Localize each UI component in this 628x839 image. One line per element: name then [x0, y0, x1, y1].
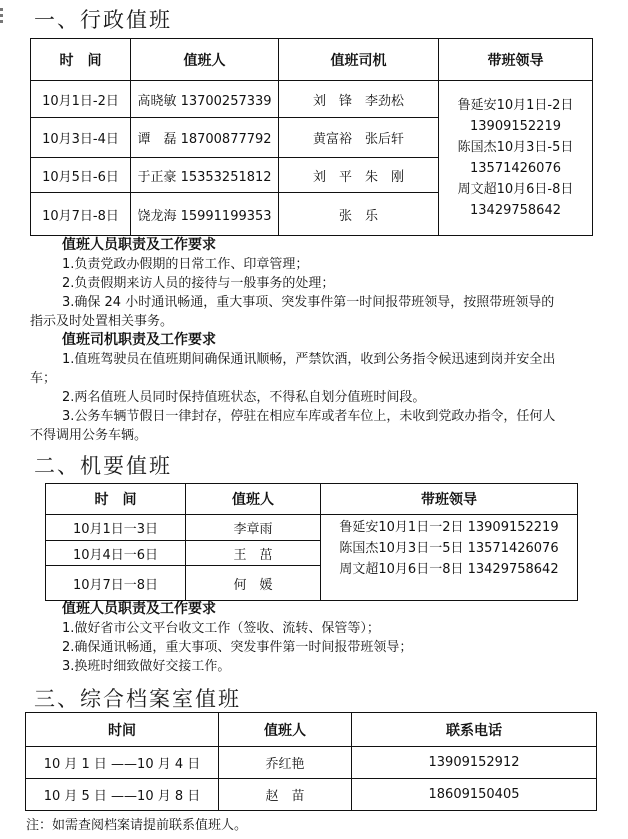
table-header-row: 时 间 值班人 带班领导	[46, 484, 578, 515]
cell-person: 高晓敏 13700257339	[131, 81, 279, 118]
confidential-duties: 值班人员职责及工作要求 1.做好省市公文平台收文工作（签收、流转、保管等）； 2…	[30, 600, 600, 676]
cell-time: 10 月 1 日 ——10 月 4 日	[26, 747, 219, 779]
cell-time: 10月1日一3日	[46, 515, 186, 541]
header-person: 值班人	[131, 39, 279, 81]
leader-2-name: 陈国杰10月3日-5日	[439, 137, 592, 158]
duty-2: 2.确保通讯畅通，重大事项、突发事件第一时间报带班领导；	[30, 638, 600, 657]
driver-duty-1-cont: 车；	[30, 369, 600, 388]
cell-drivers: 刘 平 朱 刚	[279, 158, 439, 193]
section-title-admin: 一、行政值班	[34, 4, 172, 34]
table-header-row: 时间 值班人 联系电话	[26, 713, 597, 747]
cell-leaders: 鲁延安10月1日-2日 13909152219 陈国杰10月3日-5日 1357…	[439, 81, 593, 236]
cell-phone: 13909152912	[352, 747, 597, 779]
leader-1-phone: 13909152219	[439, 116, 592, 137]
driver-duty-1: 1.值班驾驶员在值班期间确保通讯顺畅，严禁饮酒，收到公务指令候迅速到岗并安全出	[30, 350, 600, 369]
duties-title: 值班人员职责及工作要求	[30, 600, 600, 619]
driver-duty-2: 2.两名值班人员同时保持值班状态，不得私自划分值班时间段。	[30, 388, 600, 407]
cell-leaders: 鲁延安10月1日一2日 13909152219 陈国杰10月3日一5日 1357…	[321, 515, 578, 601]
cell-person: 饶龙海 15991199353	[131, 193, 279, 236]
table-row: 10月1日一3日 李章雨 鲁延安10月1日一2日 13909152219 陈国杰…	[46, 515, 578, 541]
cell-person: 赵 苗	[219, 779, 352, 811]
admin-duty-table: 时 间 值班人 值班司机 带班领导 10月1日-2日 高晓敏 137002573…	[30, 38, 593, 236]
leader-3-phone: 13429758642	[439, 200, 592, 221]
cell-time: 10月7日一8日	[46, 566, 186, 601]
cell-person: 乔红艳	[219, 747, 352, 779]
leader-2: 陈国杰10月3日一5日 13571426076	[321, 538, 577, 559]
staff-duty-1: 1.负责党政办假期的日常工作、印章管理；	[30, 255, 600, 274]
header-person: 值班人	[219, 713, 352, 747]
cell-person: 谭 磊 18700877792	[131, 118, 279, 158]
header-time: 时 间	[46, 484, 186, 515]
leader-1: 鲁延安10月1日一2日 13909152219	[321, 517, 577, 538]
archive-note: 注：如需查阅档案请提前联系值班人。	[26, 814, 247, 833]
leader-3: 周文超10月6日一8日 13429758642	[321, 559, 577, 580]
staff-duty-3-cont: 指示及时处置相关事务。	[30, 312, 600, 331]
staff-duties-title: 值班人员职责及工作要求	[30, 236, 600, 255]
section-title-archive: 三、综合档案室值班	[34, 683, 241, 713]
table-header-row: 时 间 值班人 值班司机 带班领导	[31, 39, 593, 81]
header-leader: 带班领导	[321, 484, 578, 515]
cell-person: 于正豪 15353251812	[131, 158, 279, 193]
driver-duty-3-cont: 不得调用公务车辆。	[30, 426, 600, 445]
leader-1-name: 鲁延安10月1日-2日	[439, 95, 592, 116]
duty-3: 3.换班时细致做好交接工作。	[30, 657, 600, 676]
cell-phone: 18609150405	[352, 779, 597, 811]
staff-duty-2: 2.负责假期来访人员的接待与一般事务的处理；	[30, 274, 600, 293]
cell-time: 10月7日-8日	[31, 193, 131, 236]
cell-time: 10月5日-6日	[31, 158, 131, 193]
cell-drivers: 黄富裕 张后轩	[279, 118, 439, 158]
header-time: 时间	[26, 713, 219, 747]
table-row: 10 月 1 日 ——10 月 4 日 乔红艳 13909152912	[26, 747, 597, 779]
cell-time: 10月3日-4日	[31, 118, 131, 158]
cell-person: 何 媛	[186, 566, 321, 601]
driver-duty-3: 3.公务车辆节假日一律封存，停驻在相应车库或者车位上，未收到党政办指令，任何人	[30, 407, 600, 426]
archive-duty-table: 时间 值班人 联系电话 10 月 1 日 ——10 月 4 日 乔红艳 1390…	[25, 712, 597, 811]
header-drivers: 值班司机	[279, 39, 439, 81]
duty-1: 1.做好省市公文平台收文工作（签收、流转、保管等）；	[30, 619, 600, 638]
cell-time: 10月1日-2日	[31, 81, 131, 118]
confidential-duty-table: 时 间 值班人 带班领导 10月1日一3日 李章雨 鲁延安10月1日一2日 13…	[45, 483, 578, 601]
header-leader: 带班领导	[439, 39, 593, 81]
staff-duty-3: 3.确保 24 小时通讯畅通，重大事项、突发事件第一时间报带班领导，按照带班领导…	[30, 293, 600, 312]
cell-drivers: 刘 锋 李劲松	[279, 81, 439, 118]
leader-3-name: 周文超10月6日-8日	[439, 179, 592, 200]
cell-drivers: 张 乐	[279, 193, 439, 236]
section-title-confidential: 二、机要值班	[34, 450, 172, 480]
margin-marker-icon	[0, 8, 4, 26]
header-time: 时 间	[31, 39, 131, 81]
leader-2-phone: 13571426076	[439, 158, 592, 179]
table-row: 10 月 5 日 ——10 月 8 日 赵 苗 18609150405	[26, 779, 597, 811]
cell-time: 10 月 5 日 ——10 月 8 日	[26, 779, 219, 811]
header-person: 值班人	[186, 484, 321, 515]
cell-person: 李章雨	[186, 515, 321, 541]
cell-person: 王 茁	[186, 541, 321, 566]
driver-duties-title: 值班司机职责及工作要求	[30, 331, 600, 350]
cell-time: 10月4日一6日	[46, 541, 186, 566]
header-phone: 联系电话	[352, 713, 597, 747]
table-row: 10月1日-2日 高晓敏 13700257339 刘 锋 李劲松 鲁延安10月1…	[31, 81, 593, 118]
admin-staff-duties: 值班人员职责及工作要求 1.负责党政办假期的日常工作、印章管理； 2.负责假期来…	[30, 236, 600, 445]
